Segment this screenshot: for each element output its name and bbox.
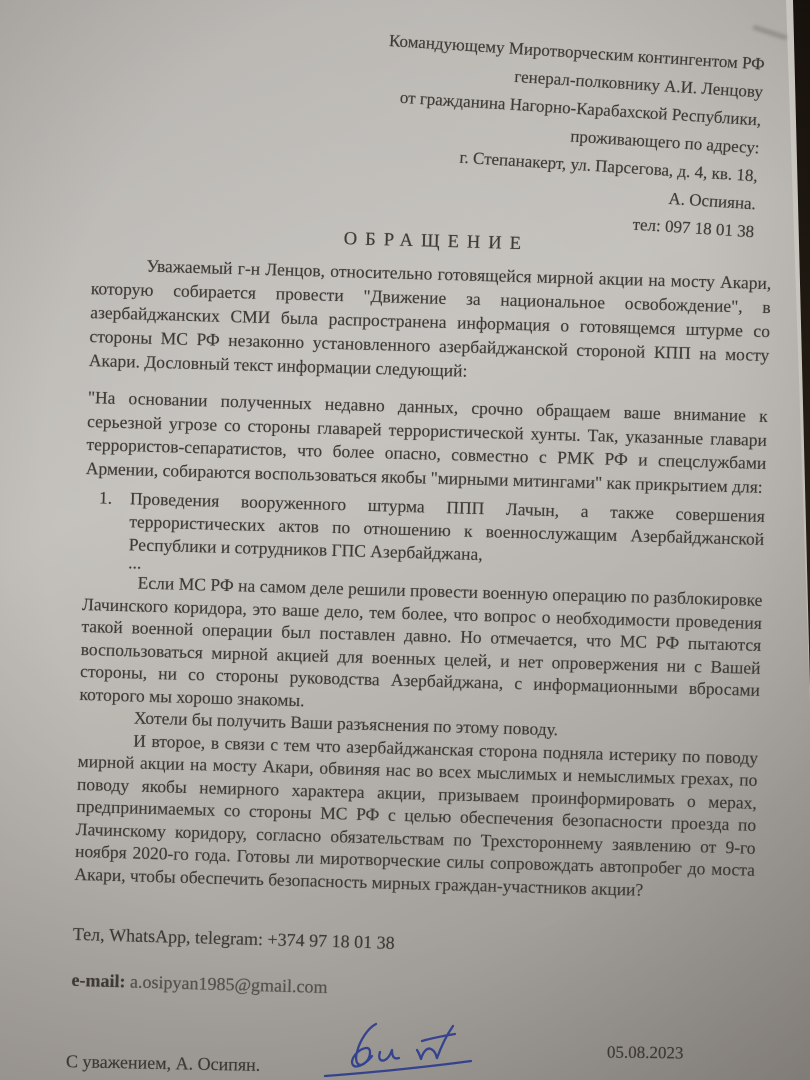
signature-icon	[322, 1019, 476, 1080]
letter-body: ОБРАЩЕНИЕ Уважаемый г-н Ленцов, относите…	[0, 0, 810, 1012]
handwritten-signature	[322, 1019, 476, 1080]
paragraph-operation: Если МС РФ на самом деле решили провести…	[79, 570, 763, 724]
email-label: e-mail:	[71, 969, 126, 990]
email-line: e-mail: a.osipyan1985@gmail.com	[71, 968, 751, 1010]
paragraph-intro: Уважаемый г-н Ленцов, относительно готов…	[89, 252, 772, 391]
email-address: a.osipyan1985@gmail.com	[130, 971, 328, 997]
paragraph-second-point: И второе, в связи с тем что азербайджанс…	[74, 727, 758, 903]
photographed-letter: Командующему Миротворческим контингентом…	[0, 0, 810, 1080]
phone-line: Тел, WhatsApp, telegram: +374 97 18 01 3…	[73, 923, 753, 965]
list-item-number: 1.	[83, 486, 130, 556]
closing-line: С уважением, А. Осипян.	[66, 1051, 261, 1076]
date-label: 05.08.2023	[607, 1042, 684, 1063]
paragraph-quoted-info: "На основании полученных недавно данных,…	[86, 386, 768, 499]
